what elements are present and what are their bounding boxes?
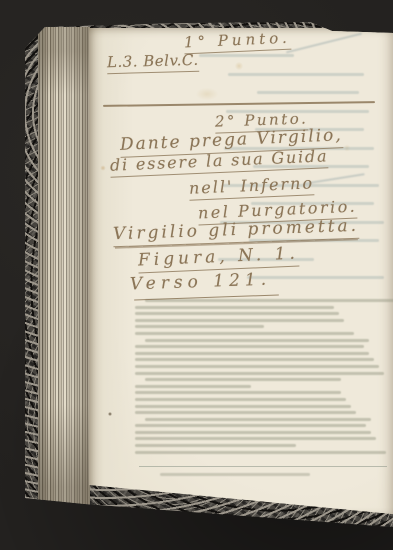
book-page: 1° Punto. L.3. Belv.C. 2° Punto. Dante p… [89,28,393,514]
note-verso-121: Verso 121. [130,270,272,297]
bleedthrough-print-lower [133,299,391,457]
scanned-book-photo: { "manuscript": { "lines": [ {"text": "1… [0,0,393,550]
note-figura-n1: Figura, N. 1. [138,244,300,274]
bleedthrough-handwriting-stroke [286,33,362,54]
bleedthrough-footnote-line [160,473,310,476]
note-shelfmark: L.3. Belv.C. [107,51,199,74]
note-virgilio-promette: Virgilio gli prometta. [113,216,360,248]
note-1-punto: 1° Punto. [184,29,292,55]
note-nell-inferno: nell' Inferno [189,173,315,200]
page-fore-edges [38,27,90,511]
book: 1° Punto. L.3. Belv.C. 2° Punto. Dante p… [25,22,393,527]
pen-divider-line [103,101,375,106]
bleedthrough-footer-rule [139,466,387,467]
